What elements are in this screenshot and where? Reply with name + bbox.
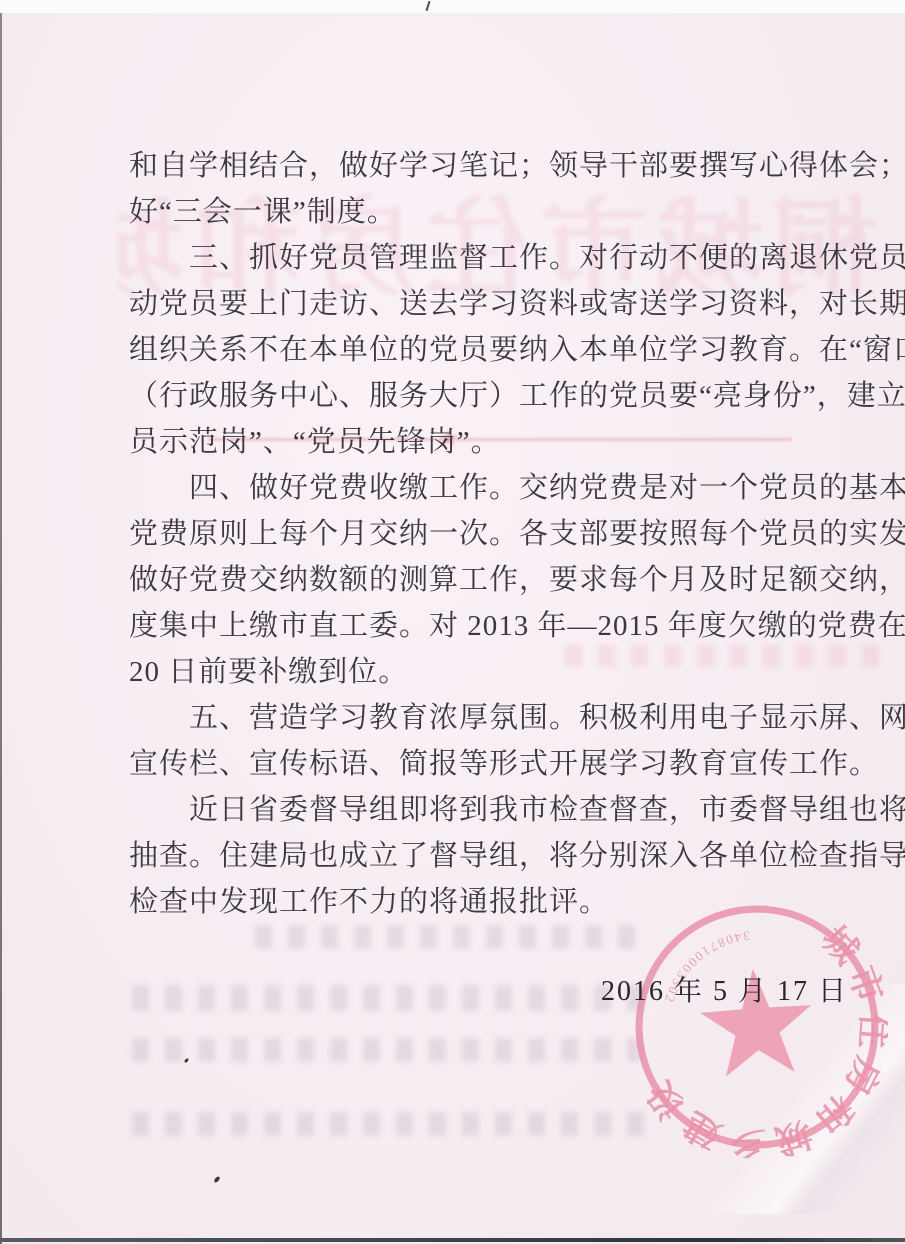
ink-speck: [213, 1176, 221, 1184]
ink-speck: [184, 1058, 190, 1064]
date-line: 2016 年 5 月 17 日: [601, 969, 848, 1009]
page-bottom-edge: [0, 1238, 905, 1242]
page-left-edge: [0, 13, 2, 1244]
document-line: 抽查。住建局也成立了督导组，将分别深入各单位检查指导，对: [129, 833, 871, 879]
official-seal: 桐城市住房和城乡建设局 3408710003502: [626, 896, 888, 1158]
bleedthrough-smudge: [132, 985, 647, 1011]
document-line: 三、抓好党员管理监督工作。对行动不便的离退休党员、流: [129, 235, 871, 281]
document-line: 做好党费交纳数额的测算工作，要求每个月及时足额交纳，每季: [129, 557, 871, 603]
scan-top-edge: [0, 0, 905, 13]
document-line: 20 日前要补缴到位。: [129, 649, 871, 695]
document-line: 组织关系不在本单位的党员要纳入本单位学习教育。在“窗口”: [129, 327, 871, 373]
document-line: 宣传栏、宣传标语、简报等形式开展学习教育宣传工作。: [129, 741, 871, 787]
bleedthrough-smudge: [255, 925, 645, 949]
document-line: 动党员要上门走访、送去学习资料或寄送学习资料，对长期聘用、: [129, 281, 871, 327]
scanned-document-page: 桐城市住房和城乡建设局 ★ 和自学相结合，做好学习笔记；领导干部要撰写心得体会；…: [0, 0, 905, 1244]
document-body: 和自学相结合，做好学习笔记；领导干部要撰写心得体会；落实好“三会一课”制度。 三…: [129, 143, 871, 925]
document-line: 员示范岗”、“党员先锋岗”。: [129, 419, 871, 465]
document-line: 党费原则上每个月交纳一次。各支部要按照每个党员的实发工资: [129, 511, 871, 557]
document-line: 和自学相结合，做好学习笔记；领导干部要撰写心得体会；落实: [129, 143, 871, 189]
document-line: 好“三会一课”制度。: [129, 189, 871, 235]
document-line: 近日省委督导组即将到我市检查督查，市委督导组也将随机: [129, 787, 871, 833]
bleedthrough-smudge: [132, 1112, 647, 1136]
document-line: （行政服务中心、服务大厅）工作的党员要“亮身份”，建立“党: [129, 373, 871, 419]
document-line: 度集中上缴市直工委。对 2013 年—2015 年度欠缴的党费在 5 月: [129, 603, 871, 649]
document-line: 四、做好党费收缴工作。交纳党费是对一个党员的基本要求，: [129, 465, 871, 511]
document-line: 五、营造学习教育浓厚氛围。积极利用电子显示屏、网站、: [129, 695, 871, 741]
bleedthrough-smudge: [132, 1038, 642, 1062]
